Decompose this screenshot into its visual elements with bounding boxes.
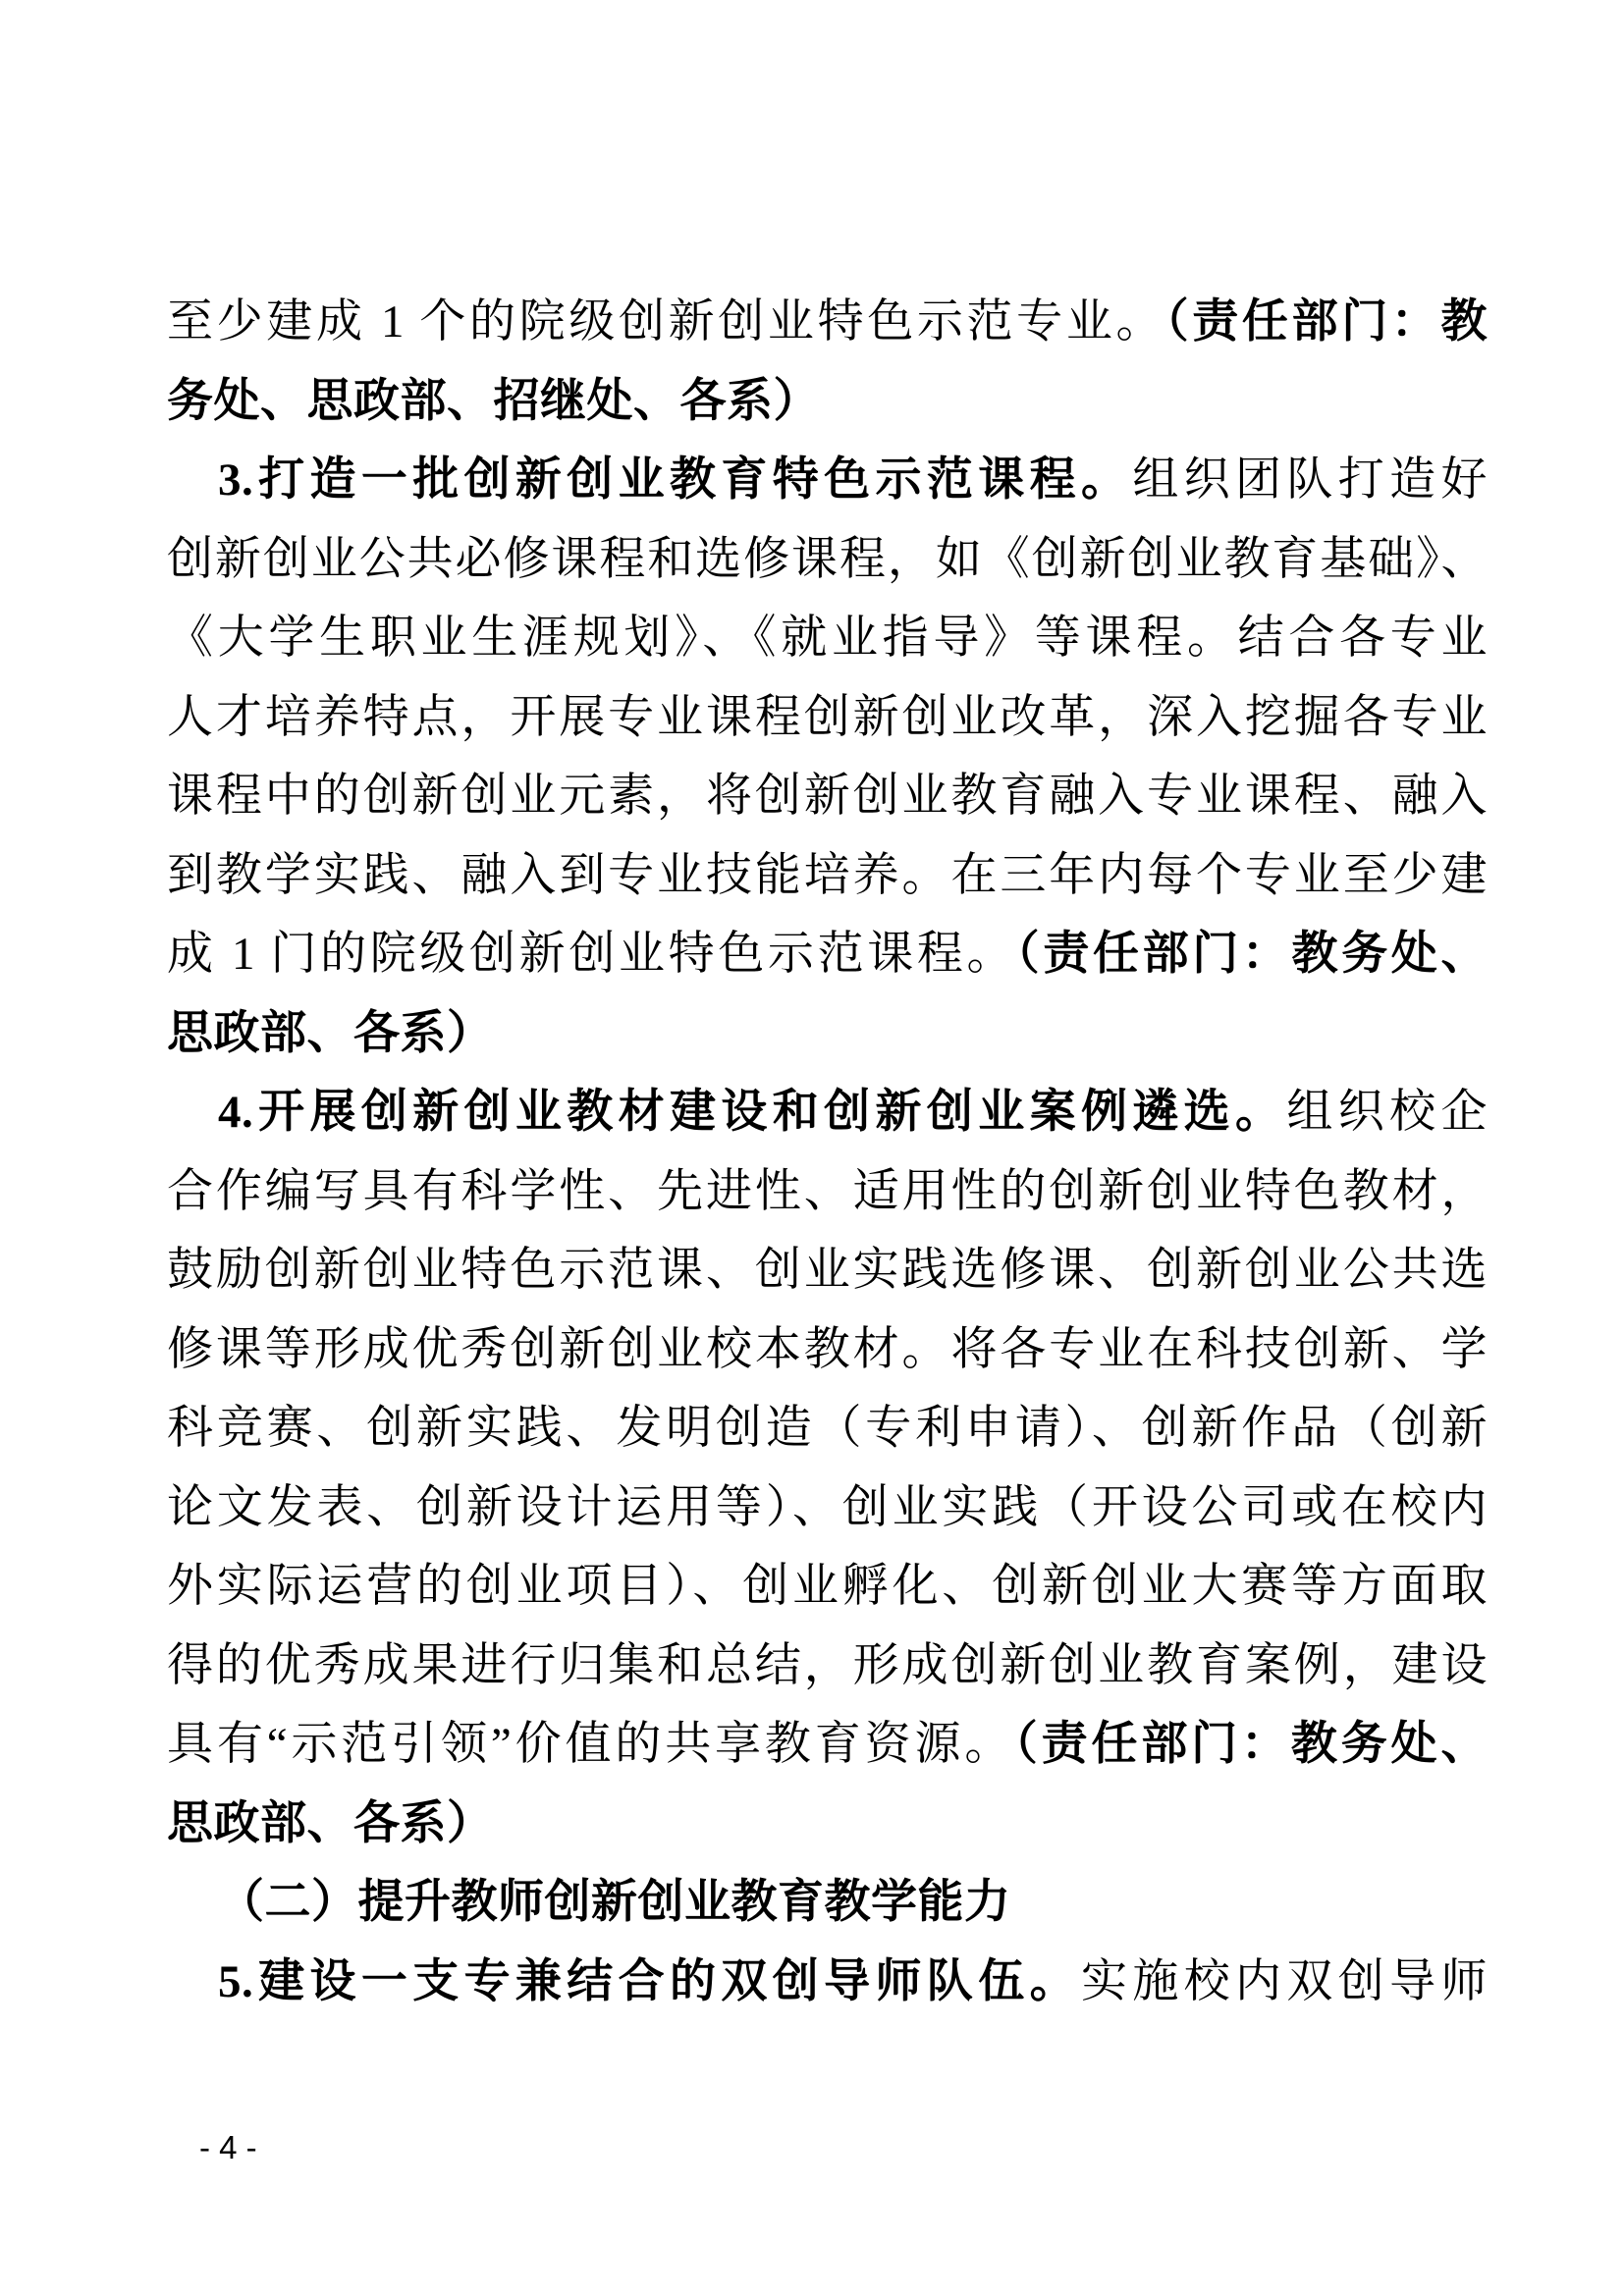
text-line: 得的优秀成果进行归集和总结，形成创新创业教育案例，建设	[167, 1627, 1488, 1706]
text-line: 至少建成 1 个的院级创新创业特色示范专业。（责任部门：教	[167, 283, 1488, 362]
text-segment: 组织团队打造好	[1132, 454, 1488, 506]
text-segment: 具有“示范引领”价值的共享教育资源。	[167, 1719, 1014, 1770]
text-segment: 实施校内双创导师	[1081, 1956, 1488, 2007]
text-line: 科竞赛、创新实践、发明创造（专利申请）、创新作品（创新	[167, 1389, 1488, 1468]
text-line: 具有“示范引领”价值的共享教育资源。（责任部门：教务处、	[167, 1705, 1488, 1785]
document-body: 至少建成 1 个的院级创新创业特色示范专业。（责任部门：教务处、思政部、招继处、…	[167, 283, 1488, 2021]
text-line: 到教学实践、融入到专业技能培养。在三年内每个专业至少建	[167, 836, 1488, 916]
text-line: 合作编写具有科学性、先进性、适用性的创新创业特色教材，	[167, 1152, 1488, 1232]
page-number: - 4 -	[199, 2128, 257, 2167]
text-segment: 修课等形成优秀创新创业校本教材。将各专业在科技创新、学	[167, 1324, 1488, 1375]
text-line: 思政部、各系）	[167, 1785, 1488, 1864]
bold-text-segment: 3.打造一批创新创业教育特色示范课程。	[218, 454, 1132, 506]
document-page: 至少建成 1 个的院级创新创业特色示范专业。（责任部门：教务处、思政部、招继处、…	[0, 0, 1624, 2296]
bold-text-segment: （责任部门：教务处、	[1014, 1719, 1488, 1770]
text-line: 人才培养特点，开展专业课程创新创业改革，深入挖掘各专业	[167, 678, 1488, 758]
text-line: 论文发表、创新设计运用等）、创业实践（开设公司或在校内	[167, 1468, 1488, 1548]
text-line: 5.建设一支专兼结合的双创导师队伍。实施校内双创导师	[167, 1943, 1488, 2022]
text-line: 成 1 门的院级创新创业特色示范课程。（责任部门：教务处、	[167, 915, 1488, 994]
text-segment: 至少建成 1 个的院级创新创业特色示范专业。	[167, 296, 1165, 347]
text-segment: 课程中的创新创业元素，将创新创业教育融入专业课程、融入	[167, 771, 1488, 822]
text-segment: 创新创业公共必修课程和选修课程，如《创新创业教育基础》、	[167, 534, 1488, 585]
text-line: 创新创业公共必修课程和选修课程，如《创新创业教育基础》、	[167, 520, 1488, 600]
text-line: 《大学生职业生涯规划》、《就业指导》等课程。结合各专业	[167, 599, 1488, 678]
text-segment: 《大学生职业生涯规划》、《就业指导》等课程。结合各专业	[167, 613, 1488, 664]
bold-text-segment: （责任部门：教务处、	[1016, 929, 1488, 980]
text-segment: 科竞赛、创新实践、发明创造（专利申请）、创新作品（创新	[167, 1403, 1488, 1454]
text-segment: 到教学实践、融入到专业技能培养。在三年内每个专业至少建	[167, 850, 1488, 901]
bold-text-segment: 思政部、各系）	[167, 1008, 494, 1059]
text-segment: 成 1 门的院级创新创业特色示范课程。	[167, 929, 1016, 980]
text-segment: 外实际运营的创业项目）、创业孵化、创新创业大赛等方面取	[167, 1561, 1488, 1612]
bold-text-segment: 4.开展创新创业教材建设和创新创业案例遴选。	[218, 1087, 1286, 1138]
text-line: 课程中的创新创业元素，将创新创业教育融入专业课程、融入	[167, 757, 1488, 836]
text-segment: 论文发表、创新设计运用等）、创业实践（开设公司或在校内	[167, 1482, 1488, 1533]
bold-text-segment: （责任部门：教	[1165, 296, 1488, 347]
text-line: 外实际运营的创业项目）、创业孵化、创新创业大赛等方面取	[167, 1547, 1488, 1627]
bold-text-segment: 务处、思政部、招继处、各系）	[167, 376, 820, 427]
text-segment: 人才培养特点，开展专业课程创新创业改革，深入挖掘各专业	[167, 692, 1488, 743]
bold-text-segment: （二）提升教师创新创业教育教学能力	[218, 1877, 1011, 1928]
bold-text-segment: 5.建设一支专兼结合的双创导师队伍。	[218, 1956, 1081, 2007]
text-line: 鼓励创新创业特色示范课、创业实践选修课、创新创业公共选	[167, 1231, 1488, 1310]
text-segment: 组织校企	[1286, 1087, 1488, 1138]
bold-text-segment: 思政部、各系）	[167, 1798, 494, 1849]
text-segment: 合作编写具有科学性、先进性、适用性的创新创业特色教材，	[167, 1166, 1488, 1217]
text-line: 修课等形成优秀创新创业校本教材。将各专业在科技创新、学	[167, 1310, 1488, 1390]
text-line: 3.打造一批创新创业教育特色示范课程。组织团队打造好	[167, 441, 1488, 520]
text-line: 思政部、各系）	[167, 994, 1488, 1074]
text-line: （二）提升教师创新创业教育教学能力	[167, 1863, 1488, 1943]
text-line: 4.开展创新创业教材建设和创新创业案例遴选。组织校企	[167, 1073, 1488, 1152]
text-segment: 得的优秀成果进行归集和总结，形成创新创业教育案例，建设	[167, 1640, 1488, 1691]
text-line: 务处、思政部、招继处、各系）	[167, 362, 1488, 442]
text-segment: 鼓励创新创业特色示范课、创业实践选修课、创新创业公共选	[167, 1245, 1488, 1296]
